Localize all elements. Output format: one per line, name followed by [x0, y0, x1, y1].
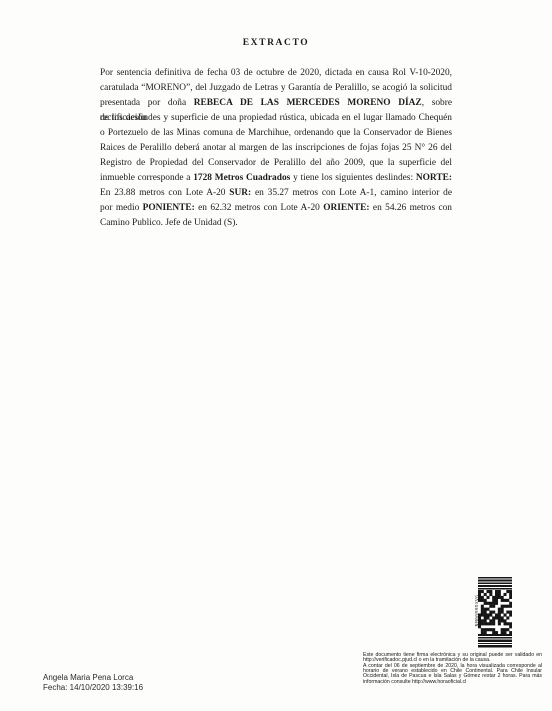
text-run: en 54.26 metros con	[370, 203, 452, 213]
body-line: presentada por doña REBECA DE LAS MERCED…	[100, 96, 452, 111]
text-run: presentada por doña	[100, 98, 194, 108]
body-line: por medio PONIENTE: en 62.32 metros con …	[100, 201, 452, 216]
barcode-stop-pattern	[478, 634, 512, 648]
text-run: inmueble corresponde a	[100, 173, 193, 183]
bold-text-run: NORTE:	[416, 173, 452, 183]
pdf417-barcode-icon	[478, 577, 512, 648]
text-run: Por sentencia definitiva de fecha 03 de …	[100, 68, 452, 78]
bold-text-run: REBECA DE LAS MERCEDES MORENO DÍAZ	[194, 98, 422, 108]
text-run: en 62.32 metros con Lote A-20	[195, 203, 323, 213]
text-run: por medio	[100, 203, 143, 213]
text-run: de los deslindes y superficie de una pro…	[100, 113, 452, 123]
extract-body-paragraph: Por sentencia definitiva de fecha 03 de …	[100, 66, 452, 231]
body-line: inmueble corresponde a 1728 Metros Cuadr…	[100, 171, 452, 186]
body-line: o Portezuelo de las Minas comuna de Marc…	[100, 126, 452, 141]
body-line: caratulada “MORENO”, del Juzgado de Letr…	[100, 81, 452, 96]
barcode-start-pattern	[478, 577, 512, 590]
body-line: Registro de Propiedad del Conservador de…	[100, 156, 452, 171]
text-run: Raices de Peralillo deberá anotar al mar…	[100, 143, 452, 153]
text-run: o Portezuelo de las Minas comuna de Marc…	[100, 128, 452, 138]
body-line: Raices de Peralillo deberá anotar al mar…	[100, 141, 452, 156]
body-line: Por sentencia definitiva de fecha 03 de …	[100, 66, 452, 81]
bold-text-run: ORIENTE:	[323, 203, 369, 213]
bold-text-run: PONIENTE:	[143, 203, 195, 213]
digital-signature-stamp: NM00RRDXVG	[466, 577, 512, 648]
text-run: Camino Publico. Jefe de Unidad (S).	[100, 218, 238, 228]
body-line: de los deslindes y superficie de una pro…	[100, 111, 452, 126]
bold-text-run: SUR:	[229, 188, 251, 198]
signer-name: Angela Maria Pena Lorca	[43, 673, 143, 683]
disclaimer-paragraph: A contar del 06 de septiembre de 2020, l…	[363, 664, 542, 685]
barcode-data-modules	[478, 590, 512, 634]
document-page: EXTRACTO Por sentencia definitiva de fec…	[0, 0, 552, 711]
text-run: en 35.27 metros con Lote A-1, camino int…	[251, 188, 452, 198]
body-line: Camino Publico. Jefe de Unidad (S).	[100, 216, 452, 231]
text-run: caratulada “MORENO”, del Juzgado de Letr…	[100, 83, 452, 93]
text-run: En 23.88 metros con Lote A-20	[100, 188, 229, 198]
signature-date: Fecha: 14/10/2020 13:39:16	[43, 683, 143, 693]
bold-text-run: 1728 Metros Cuadrados	[193, 173, 290, 183]
signature-disclaimer: Este documento tiene firma electrónica y…	[363, 653, 542, 685]
signer-block: Angela Maria Pena Lorca Fecha: 14/10/202…	[43, 673, 143, 692]
text-run: Registro de Propiedad del Conservador de…	[100, 158, 452, 168]
body-line: En 23.88 metros con Lote A-20 SUR: en 35…	[100, 186, 452, 201]
page-title: EXTRACTO	[0, 38, 552, 48]
text-run: y tiene los siguientes deslindes:	[290, 173, 416, 183]
